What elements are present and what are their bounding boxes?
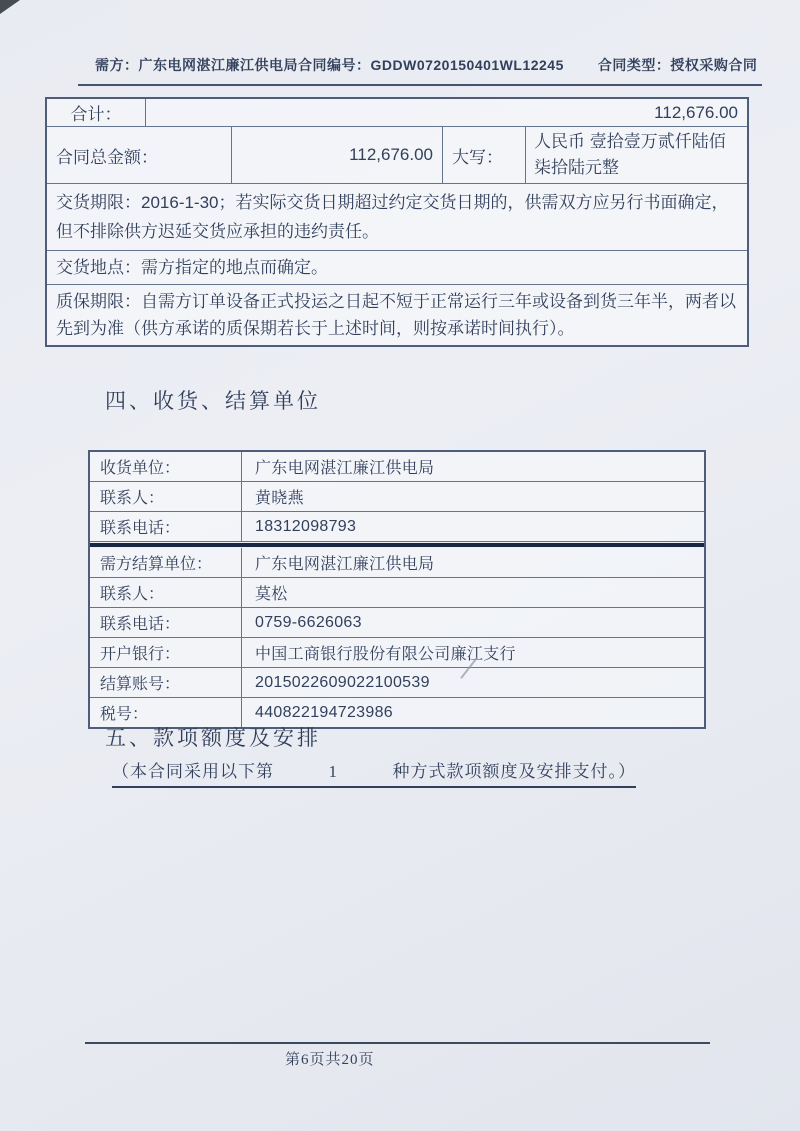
- row-value: 18312098793: [242, 512, 704, 541]
- total-value: 112,676.00: [145, 99, 747, 126]
- header-demand-line: 需方：广东电网湛江廉江供电局合同编号：GDDW0720150401WL12245: [95, 55, 564, 75]
- section-5-title: 五、款项额度及安排: [105, 722, 321, 752]
- header-rule: [78, 84, 762, 86]
- total-row: 合计： 112,676.00: [47, 99, 747, 126]
- header-contract-type: 合同类型：授权采购合同: [598, 55, 758, 75]
- table-row: 结算账号： 2015022609022100539: [90, 667, 704, 697]
- table-row: 需方结算单位： 广东电网湛江廉江供电局: [90, 548, 704, 577]
- delivery-deadline-row: 交货期限：2016-1-30；若实际交货日期超过约定交货日期的，供需双方应另行书…: [47, 183, 747, 250]
- row-label: 需方结算单位：: [90, 548, 242, 577]
- amount-row: 合同总金额： 112,676.00 大写： 人民币 壹拾壹万贰仟陆佰柒拾陆元整: [47, 126, 747, 183]
- row-value: 莫松: [242, 578, 704, 607]
- caps-value: 人民币 壹拾壹万贰仟陆佰柒拾陆元整: [526, 127, 747, 183]
- scan-corner-artifact: [0, 0, 20, 14]
- delivery-deadline-text: 交货期限：2016-1-30；若实际交货日期超过约定交货日期的，供需双方应另行书…: [47, 184, 747, 250]
- table-row: 联系电话： 18312098793: [90, 511, 704, 541]
- total-label: 合计：: [47, 99, 145, 126]
- warranty-text: 质保期限：自需方订单设备正式投运之日起不短于正常运行三年或设备到货三年半，两者以…: [47, 285, 747, 345]
- amount-label: 合同总金额：: [47, 127, 231, 183]
- row-label: 结算账号：: [90, 668, 242, 697]
- payment-method-note: （本合同采用以下第 1 种方式款项额度及安排支付。）: [112, 757, 636, 788]
- subtable-thick-divider: [90, 541, 704, 548]
- contract-page-scan: 需方：广东电网湛江廉江供电局合同编号：GDDW0720150401WL12245…: [0, 0, 800, 1131]
- row-label: 联系电话：: [90, 608, 242, 637]
- row-label: 联系人：: [90, 482, 242, 511]
- table-row: 联系电话： 0759-6626063: [90, 607, 704, 637]
- row-value: 广东电网湛江廉江供电局: [242, 548, 704, 577]
- table-row: 联系人： 莫松: [90, 577, 704, 607]
- table-row: 联系人： 黄晓燕: [90, 481, 704, 511]
- table-row: 开户银行： 中国工商银行股份有限公司廉江支行: [90, 637, 704, 667]
- row-label: 联系人：: [90, 578, 242, 607]
- row-value: 广东电网湛江廉江供电局: [242, 452, 704, 481]
- warranty-row: 质保期限：自需方订单设备正式投运之日起不短于正常运行三年或设备到货三年半，两者以…: [47, 284, 747, 345]
- section-4-title: 四、收货、结算单位: [105, 385, 321, 415]
- payment-note-prefix: （本合同采用以下第: [112, 757, 274, 782]
- receiving-settlement-table: 收货单位： 广东电网湛江廉江供电局 联系人： 黄晓燕 联系电话： 1831209…: [88, 450, 706, 729]
- page-number: 第6页共20页: [285, 1048, 375, 1069]
- contract-amount-table: 合计： 112,676.00 合同总金额： 112,676.00 大写： 人民币…: [45, 97, 749, 347]
- delivery-place-row: 交货地点：需方指定的地点而确定。: [47, 250, 747, 284]
- payment-method-number: 1: [274, 762, 393, 782]
- footer-rule: [85, 1042, 710, 1044]
- amount-value: 112,676.00: [231, 127, 442, 183]
- delivery-place-text: 交货地点：需方指定的地点而确定。: [47, 251, 747, 284]
- page-header: 需方：广东电网湛江廉江供电局合同编号：GDDW0720150401WL12245…: [95, 55, 757, 75]
- payment-note-suffix: 种方式款项额度及安排支付。）: [393, 757, 637, 782]
- row-label: 开户银行：: [90, 638, 242, 667]
- row-label: 联系电话：: [90, 512, 242, 541]
- table-row: 收货单位： 广东电网湛江廉江供电局: [90, 452, 704, 481]
- caps-label: 大写：: [442, 127, 525, 183]
- caps-value-cell: 人民币 壹拾壹万贰仟陆佰柒拾陆元整: [525, 127, 747, 183]
- row-value: 2015022609022100539: [242, 668, 704, 697]
- row-value: 0759-6626063: [242, 608, 704, 637]
- row-label: 收货单位：: [90, 452, 242, 481]
- row-value: 黄晓燕: [242, 482, 704, 511]
